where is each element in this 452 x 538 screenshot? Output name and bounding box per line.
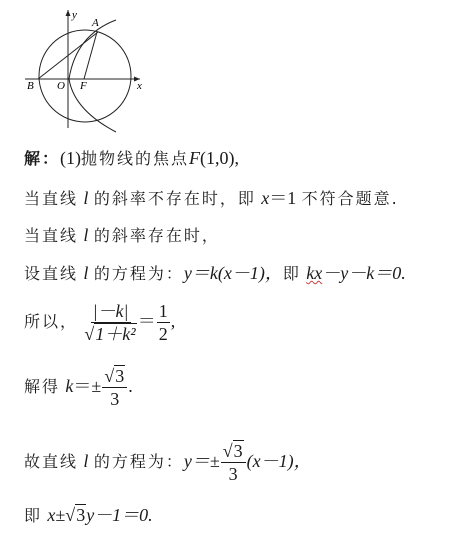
- solution-line-5: 所以， |－k| √1＋k² ＝12,: [24, 300, 175, 345]
- label-O: O: [57, 80, 65, 92]
- label-y: y: [71, 9, 77, 21]
- label-B: B: [27, 80, 34, 92]
- solution-line-3: 当直线 l 的斜率存在时，: [24, 224, 220, 247]
- spellcheck-underlined-term: kx: [306, 263, 322, 283]
- solution-prefix: 解：: [24, 149, 60, 168]
- solution-line-7: 故直线 l 的方程为：y＝±√33(x－1)，: [24, 440, 312, 485]
- geometry-figure: y x A B O F: [0, 0, 160, 140]
- fraction: √33: [102, 365, 127, 410]
- solution-line-2: 当直线 l 的斜率不存在时，即 x＝1 不符合题意.: [24, 187, 399, 210]
- label-A: A: [91, 17, 99, 29]
- fraction: 12: [157, 300, 170, 345]
- solution-line-4: 设直线 l 的方程为：y＝k(x－1)，即 kx－y－k＝0.: [24, 262, 406, 285]
- solution-line-6: 解得 k＝±√33.: [24, 365, 133, 410]
- segment-AF: [84, 32, 97, 79]
- fraction: √33: [221, 440, 246, 485]
- label-F: F: [79, 80, 87, 92]
- y-axis-arrow-icon: [66, 10, 71, 16]
- label-x: x: [136, 80, 142, 92]
- solution-line-1: 解：(1)抛物线的焦点F(1,0),: [24, 147, 239, 170]
- fraction: |－k| √1＋k²: [84, 300, 136, 345]
- solution-line-8: 即 x±√3y－1＝0.: [24, 504, 153, 527]
